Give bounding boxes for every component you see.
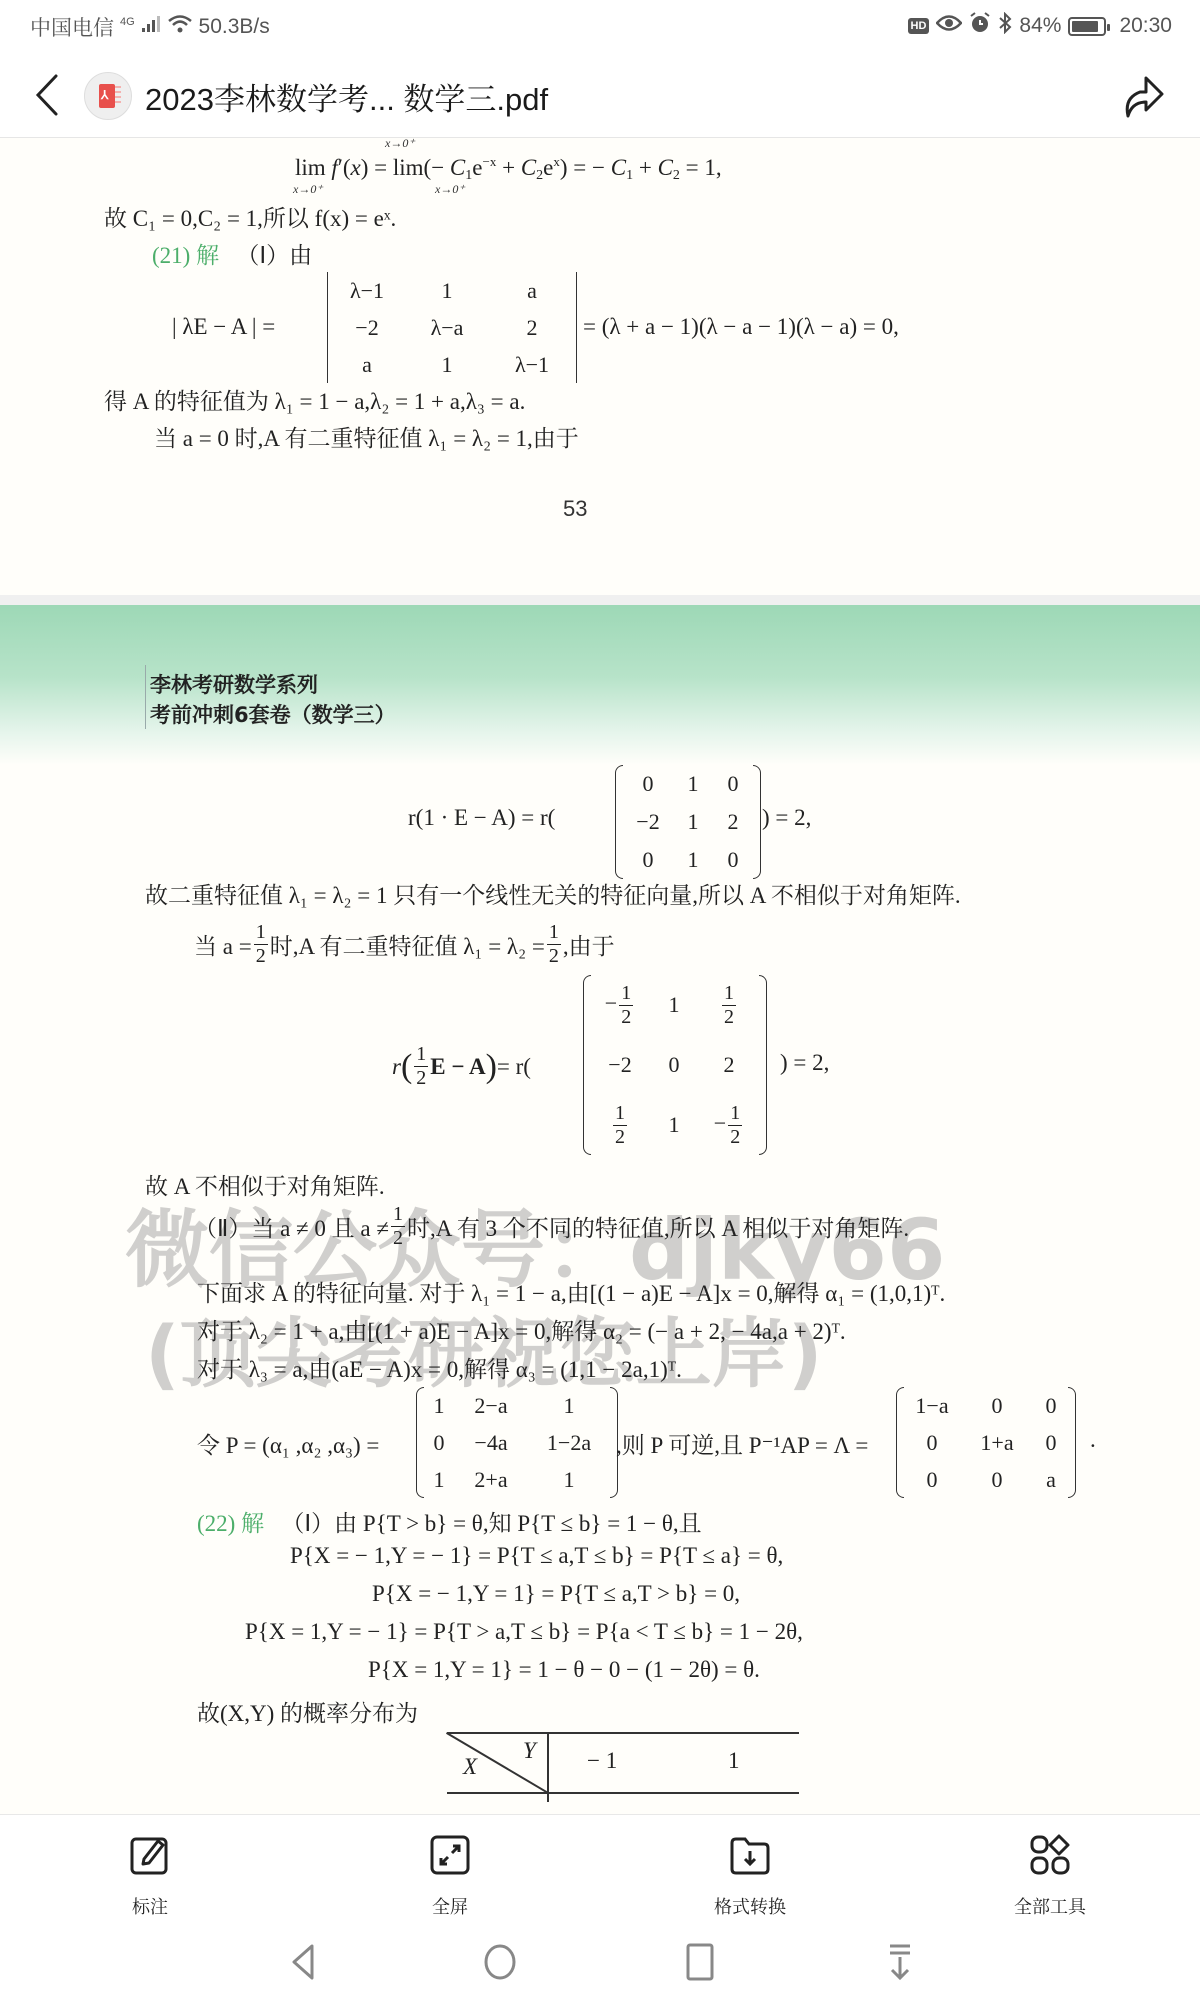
fullscreen-button[interactable]: 全屏 — [375, 1833, 525, 1919]
rank1-lhs: r(1 · E − A) = r( — [408, 805, 555, 831]
limit-subscript-top: x→0⁺ — [385, 138, 415, 151]
prob-line-4: P{X = 1,Y = 1} = 1 − θ − 0 − (1 − 2θ) = … — [368, 1657, 760, 1683]
part2-line: （Ⅱ）当 a ≠ 0 且 a ≠ 12 时,A 有 3 个不同的特征值,所以 A… — [194, 1203, 909, 1250]
determinant-matrix: λ−11a −2λ−a2 a1λ−1 — [327, 272, 577, 383]
bottom-toolbar: 标注 全屏 格式转换 全部工具 — [0, 1814, 1200, 1924]
bluetooth-icon — [998, 12, 1012, 40]
eigenvector-3-line: 对于 λ₃ = a,由(aE − A)x = 0,解得 α₃ = (1,1 − … — [197, 1351, 682, 1384]
prob-line-1: P{X = − 1,Y = − 1} = P{T ≤ a,T ≤ b} = P{… — [290, 1543, 783, 1569]
limit-equation: lim f′(x) = lim(− C1e−x + C2ex) = − C1 +… — [295, 154, 722, 184]
nav-home-button[interactable] — [478, 1942, 522, 1982]
all-tools-button[interactable]: 全部工具 — [975, 1833, 1125, 1919]
status-right: HD 84% 20:30 — [908, 12, 1172, 40]
not-diagonalizable-line-1: 故二重特征值 λ₁ = λ₂ = 1 只有一个线性无关的特征向量,所以 A 不相… — [145, 877, 961, 910]
q21-part1: （Ⅰ）由 — [236, 243, 312, 268]
lambda-diagonal-matrix: 1−a00 01+a0 00a — [898, 1387, 1074, 1498]
p-matrix-lhs: 令 P = (α₁ ,α₂ ,α₃) = — [197, 1427, 379, 1460]
table-col-header-2: 1 — [728, 1748, 740, 1774]
prob-line-3: P{X = 1,Y = − 1} = P{T > a,T ≤ b} = P{a … — [245, 1619, 803, 1645]
fullscreen-icon — [428, 1833, 472, 1877]
battery-icon — [1068, 17, 1106, 36]
format-convert-icon — [728, 1833, 772, 1877]
table-corner-y: Y — [523, 1738, 536, 1764]
nav-recents-icon — [678, 1942, 722, 1982]
book-title: 考前冲刺6套卷（数学三） — [150, 699, 396, 729]
alarm-icon — [969, 12, 991, 40]
q22-intro: （Ⅰ）由 P{T > b} = θ,知 P{T ≤ b} = 1 − θ,且 — [281, 1511, 701, 1536]
case-a-half-line: 当 a = 12 时,A 有二重特征值 λ₁ = λ₂ = 12 ,由于 — [194, 921, 615, 968]
rank2-matrix: −12112 −202 121−12 — [585, 975, 765, 1155]
nav-back-button[interactable] — [282, 1942, 326, 1982]
wifi-icon — [167, 14, 193, 40]
pdf-page-54: 李林考研数学系列 考前冲刺6套卷（数学三） r(1 · E − A) = r( … — [0, 605, 1200, 1814]
eigenvector-2-line: 对于 λ₂ = 1 + a,由[(1 + a)E − A]x = 0,解得 α₂… — [197, 1313, 846, 1346]
q21-heading: (21) 解 （Ⅰ）由 — [152, 237, 312, 270]
rank2-rhs: ) = 2, — [780, 1050, 829, 1076]
nav-notification-button[interactable] — [878, 1942, 922, 1982]
determinant-rhs: = (λ + a − 1)(λ − a − 1)(λ − a) = 0, — [583, 314, 899, 340]
series-title: 李林考研数学系列 — [150, 669, 318, 699]
q22-heading: (22) 解 （Ⅰ）由 P{T > b} = θ,知 P{T ≤ b} = 1 … — [197, 1505, 702, 1538]
table-corner-x: X — [463, 1754, 477, 1780]
pdf-viewport[interactable]: x→0⁺ lim f′(x) = lim(− C1e−x + C2ex) = −… — [0, 138, 1200, 1814]
back-button[interactable] — [28, 68, 68, 122]
share-icon — [1118, 72, 1168, 122]
not-diagonalizable-line-2: 故 A 不相似于对角矩阵. — [145, 1168, 385, 1201]
carrier-label: 中国电信 — [30, 12, 114, 42]
prob-line-2: P{X = − 1,Y = 1} = P{T ≤ a,T > b} = 0, — [372, 1581, 740, 1607]
p-matrix-mid: ,则 P 可逆,且 P⁻¹AP = Λ = — [616, 1427, 868, 1460]
net-speed: 50.3B/s — [199, 15, 270, 39]
determinant-lhs: | λE − A | = — [172, 314, 275, 340]
back-chevron-icon — [28, 68, 68, 122]
annotate-icon — [128, 1833, 172, 1877]
pdf-file-icon: ⅄ — [84, 72, 132, 120]
pdf-page-53: x→0⁺ lim f′(x) = lim(− C1e−x + C2ex) = −… — [0, 138, 1200, 595]
table-col-header-1: − 1 — [587, 1748, 617, 1774]
p-matrix: 12−a1 0−4a1−2a 12+a1 — [418, 1387, 616, 1498]
rank1-rhs: ) = 2, — [762, 805, 811, 831]
hd-voice-icon: HD — [908, 18, 930, 34]
conclusion-line: 故 C₁ = 0,C₂ = 1,所以 f(x) = eˣ. — [104, 200, 396, 233]
nav-recents-button[interactable] — [678, 1942, 722, 1982]
watermark-line-2: (顶尖考研祝您上岸) — [145, 1293, 822, 1402]
limit-subscript-1: x→0⁺ — [293, 182, 323, 197]
distribution-intro: 故(X,Y) 的概率分布为 — [197, 1695, 418, 1728]
format-convert-button[interactable]: 格式转换 — [675, 1833, 825, 1919]
annotate-button[interactable]: 标注 — [75, 1833, 225, 1919]
nav-home-icon — [478, 1942, 522, 1982]
status-left: 中国电信 4G 50.3B/s — [30, 12, 270, 42]
all-tools-icon — [1028, 1833, 1072, 1877]
document-title: 2023李林数学考... 数学三.pdf — [145, 74, 548, 119]
status-bar: 中国电信 4G 50.3B/s HD 84% 20:30 — [0, 0, 1200, 52]
case-a-zero-line: 当 a = 0 时,A 有二重特征值 λ₁ = λ₂ = 1,由于 — [154, 420, 579, 453]
app-bar: ⅄ 2023李林数学考... 数学三.pdf — [0, 52, 1200, 138]
nav-back-icon — [282, 1942, 326, 1982]
q22-label: (22) 解 — [197, 1511, 264, 1536]
q21-label: (21) 解 — [152, 243, 219, 268]
limit-subscript-2: x→0⁺ — [435, 182, 465, 197]
page-number: 53 — [563, 496, 587, 522]
battery-percent: 84% — [1019, 14, 1061, 38]
share-button[interactable] — [1118, 72, 1168, 122]
eigenvalues-line: 得 A 的特征值为 λ₁ = 1 − a,λ₂ = 1 + a,λ₃ = a. — [104, 383, 525, 416]
notification-pull-icon — [878, 1942, 922, 1982]
header-rule — [145, 665, 146, 729]
rank2-lhs: r(12E − A)= r( — [392, 1043, 531, 1090]
clock: 20:30 — [1119, 14, 1172, 38]
rank1-matrix: 010 −212 010 — [617, 765, 759, 879]
eigenvector-1-line: 下面求 A 的特征向量. 对于 λ₁ = 1 − a,由[(1 − a)E − … — [197, 1275, 945, 1308]
p-matrix-end: . — [1090, 1427, 1096, 1453]
eye-comfort-icon — [936, 14, 962, 38]
system-nav-bar — [0, 1924, 1200, 2000]
cell-signal-icon: 4G — [120, 15, 161, 39]
